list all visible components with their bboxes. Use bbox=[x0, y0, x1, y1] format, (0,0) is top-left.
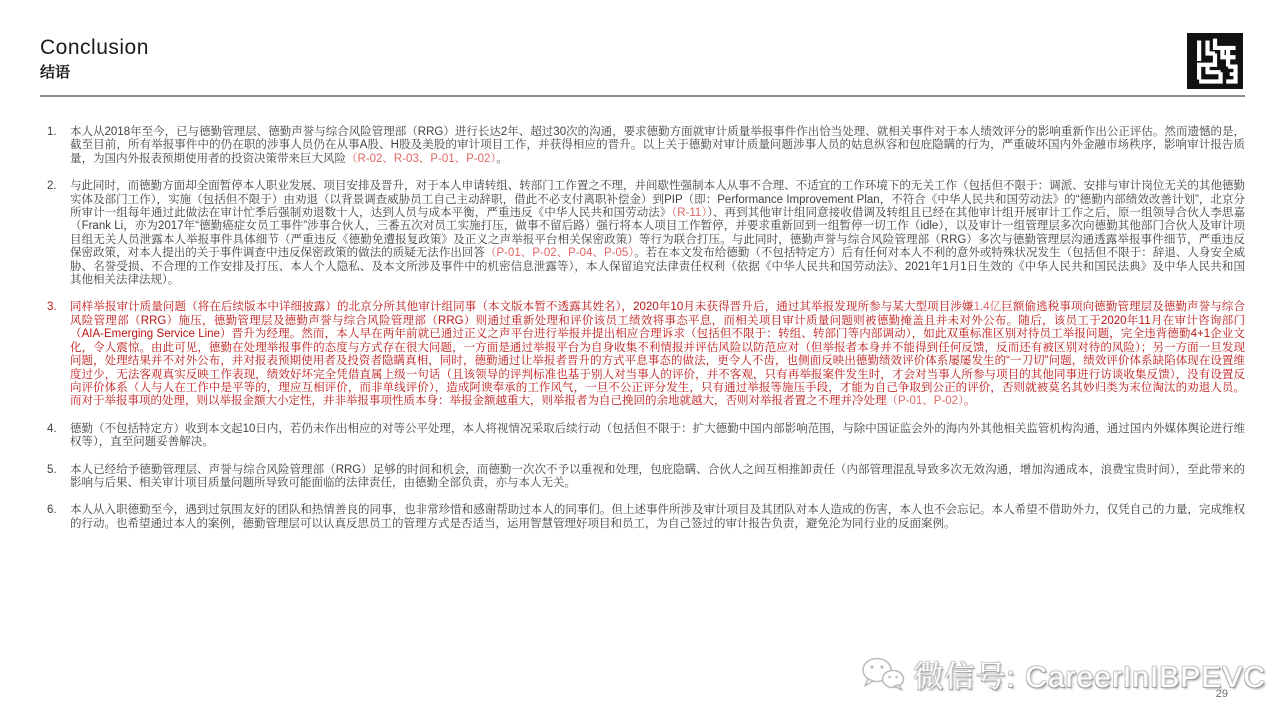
header: Conclusion 结语 bbox=[40, 36, 1245, 82]
text-segment: （R-02、R-03、P-01、P-02） bbox=[346, 153, 496, 165]
text-segment: （P-01、P-02） bbox=[887, 395, 964, 407]
item-text: 德勤（不包括特定方）收到本文起10日内，若仍未作出相应的对等公平处理，本人将视情… bbox=[70, 423, 1245, 450]
item-text: 本人已经给予德勤管理层、声誉与综合风险管理部（RRG）足够的时间和机会，而德勤一… bbox=[70, 464, 1245, 491]
item-number: 2. bbox=[47, 180, 70, 287]
text-segment: 本人已经给予德勤管理层、声誉与综合风险管理部（RRG）足够的时间和机会，而德勤一… bbox=[70, 464, 1245, 489]
item-text: 同样举报审计质量问题（将在后续版本中详细披露）的北京分所其他审计组同事（本文版本… bbox=[70, 301, 1245, 408]
wechat-watermark: 微信号: CareerInIBPEVC bbox=[860, 652, 1266, 696]
list-item: 3. 同样举报审计质量问题（将在后续版本中详细披露）的北京分所其他审计组同事（本… bbox=[47, 301, 1245, 408]
item-number: 3. bbox=[47, 301, 70, 408]
text-segment: （R-11） bbox=[671, 207, 707, 219]
wechat-icon bbox=[860, 655, 906, 693]
header-divider bbox=[40, 95, 1245, 97]
list-item: 1. 本人从2018年至今，已与德勤管理层、德勤声誉与综合风险管理部（RRG）进… bbox=[47, 126, 1245, 166]
list-item: 5. 本人已经给予德勤管理层、声誉与综合风险管理部（RRG）足够的时间和机会，而… bbox=[47, 464, 1245, 491]
text-segment: 德勤（不包括特定方）收到本文起10日内，若仍未作出相应的对等公平处理，本人将视情… bbox=[70, 423, 1245, 448]
item-text: 本人从2018年至今，已与德勤管理层、德勤声誉与综合风险管理部（RRG）进行长达… bbox=[70, 126, 1245, 166]
text-segment: （P-01、P-02、P-04、P-05） bbox=[485, 247, 634, 259]
text-segment: 。 bbox=[496, 153, 508, 165]
list-item: 2. 与此同时，而德勤方面却全面暂停本人职业发展、项目安排及晋升，对于本人申请转… bbox=[47, 180, 1245, 287]
item-number: 6. bbox=[47, 504, 70, 531]
text-segment: 1.4亿 bbox=[974, 301, 1002, 313]
text-segment: 本人从2018年至今，已与德勤管理层、德勤声誉与综合风险管理部（RRG）进行长达… bbox=[70, 126, 1245, 165]
slide-page: Conclusion 结语 1. 本人从2018年至今，已与德勤管理层、德勤声誉… bbox=[0, 0, 1280, 720]
text-segment: 巨额偷逃税事项向德勤管理层及德勤声誉与综合风险管理部（RRG）施压，德勤管理层及… bbox=[70, 301, 1245, 407]
text-segment: 本人从入职德勤至今，遇到过氛围友好的团队和热情善良的同事，也非常珍惜和感谢帮助过… bbox=[70, 504, 1245, 529]
item-text: 本人从入职德勤至今，遇到过氛围友好的团队和热情善良的同事，也非常珍惜和感谢帮助过… bbox=[70, 504, 1245, 531]
text-segment: 。 bbox=[964, 395, 976, 407]
item-text: 与此同时，而德勤方面却全面暂停本人职业发展、项目安排及晋升，对于本人申请转组、转… bbox=[70, 180, 1245, 287]
page-number: 29 bbox=[1216, 688, 1228, 700]
text-segment: 同样举报审计质量问题（将在后续版本中详细披露）的北京分所其他审计组同事（本文版本… bbox=[70, 301, 974, 313]
page-title: Conclusion bbox=[40, 36, 1245, 59]
wechat-id-label: 微信号: CareerInIBPEVC bbox=[914, 652, 1266, 696]
item-number: 5. bbox=[47, 464, 70, 491]
list-item: 6. 本人从入职德勤至今，遇到过氛围友好的团队和热情善良的同事，也非常珍惜和感谢… bbox=[47, 504, 1245, 531]
conclusion-list: 1. 本人从2018年至今，已与德勤管理层、德勤声誉与综合风险管理部（RRG）进… bbox=[47, 126, 1245, 545]
list-item: 4. 德勤（不包括特定方）收到本文起10日内，若仍未作出相应的对等公平处理，本人… bbox=[47, 423, 1245, 450]
seal-logo-icon bbox=[1187, 33, 1243, 89]
item-number: 1. bbox=[47, 126, 70, 166]
item-number: 4. bbox=[47, 423, 70, 450]
page-subtitle: 结语 bbox=[40, 61, 1245, 82]
